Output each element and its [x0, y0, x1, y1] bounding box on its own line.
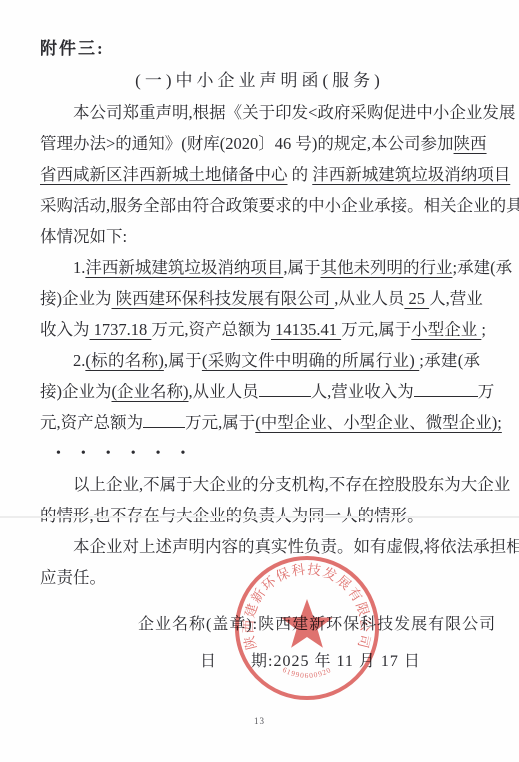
body-line: 省西咸新区沣西新城土地储备中心 的 沣西新城建筑垃圾消纳项目 — [40, 159, 480, 190]
blank-fill-field — [143, 412, 185, 428]
date-value: 2025 年 11 月 17 日 — [273, 653, 420, 670]
body-text: 元,资产总额为 — [40, 413, 143, 432]
body-text: 管理办法>的通知》(财库(2020〕46 号)的规定,本公司参加 — [40, 134, 454, 153]
filled-field-text: (采购文件中明确的所属行业) — [202, 351, 419, 370]
body-text: ;承建(承 — [419, 351, 480, 370]
body-line: 2.(标的名称),属于(采购文件中明确的所属行业) ;承建(承 — [40, 345, 480, 376]
body-text: ; — [481, 320, 486, 339]
body-text: 万元,属于 — [341, 320, 411, 339]
body-line: 以上企业,不属于大企业的分支机构,不存在控股股东为大企业 — [40, 469, 480, 500]
body-line: 元,资产总额为万元,属于(中型企业、小型企业、微型企业); — [40, 407, 480, 438]
body-text: •••••• — [56, 446, 205, 461]
filled-field-text: 1737.18 — [90, 320, 152, 339]
date-label: 日 期: — [200, 653, 273, 670]
body-text: 接)企业为 — [40, 382, 112, 401]
body-text: 2. — [73, 351, 85, 370]
scan-artifact-line — [0, 516, 519, 518]
body-text: 人,营业收入为 — [311, 382, 414, 401]
body-text: ,属于 — [283, 258, 320, 277]
body-line: 本企业对上述声明内容的真实性负责。如有虚假,将依法承担相 — [40, 531, 480, 562]
body-line: 接)企业为 陕西建环保科技发展有限公司 ,从业人员 25 人,营业 — [40, 283, 480, 314]
filled-field-text: 陕西建环保科技发展有限公司 — [112, 289, 335, 308]
body-line: 应责任。 — [40, 562, 480, 593]
company-name-line: 企业名称(盖章):陕西建新环保科技发展有限公司 — [138, 606, 496, 643]
filled-field-text: (中型企业、小型企业、微型企业); — [255, 413, 502, 432]
filled-field-text: 陕西 — [454, 134, 487, 153]
body-text: 以上企业,不属于大企业的分支机构,不存在控股股东为大企业 — [73, 475, 510, 494]
body-text: ,从业人员 — [334, 289, 404, 308]
body-line: 1.沣西新城建筑垃圾消纳项目,属于其他未列明的行业;承建(承 — [40, 252, 480, 283]
filled-field-text: (标的名称) — [85, 351, 164, 370]
body-line: 接)企业为(企业名称),从业人员人,营业收入为万 — [40, 376, 480, 407]
body-line: 采购活动,服务全部由符合政策要求的中小企业承接。相关企业的具 — [40, 190, 480, 221]
attachment-label: 附件三: — [40, 34, 105, 59]
body-text: ,属于 — [164, 351, 202, 370]
signature-block: 企业名称(盖章):陕西建新环保科技发展有限公司 日 期:2025 年 11 月 … — [138, 606, 496, 680]
body-text: 本企业对上述声明内容的真实性负责。如有虚假,将依法承担相 — [73, 537, 519, 556]
document-page: 附件三: (一)中小企业声明函(服务) 本公司郑重声明,根据《关于印发<政府采购… — [0, 0, 519, 762]
body-text: 的 — [288, 165, 313, 184]
filled-field-text: 14135.41 — [271, 320, 341, 339]
date-line: 日 期:2025 年 11 月 17 日 — [138, 643, 496, 680]
body-text: 采购活动,服务全部由符合政策要求的中小企业承接。相关企业的具 — [40, 196, 519, 215]
body-text: 本公司郑重声明,根据《关于印发<政府采购促进中小企业发展 — [73, 103, 515, 122]
body-text: 1. — [73, 258, 85, 277]
filled-field-text: (企业名称) — [112, 382, 189, 401]
body-text: 人,营业 — [429, 289, 483, 308]
body-text: 万元,属于 — [185, 413, 255, 432]
filled-field-text: 沣西新城建筑垃圾消纳项目 — [312, 165, 510, 184]
body-text: 体情况如下: — [40, 227, 127, 246]
filled-field-text: 小型企业 — [411, 320, 481, 339]
filled-field-text: 25 — [404, 289, 429, 308]
body-text: 接)企业为 — [40, 289, 112, 308]
body-text: 收入为 — [40, 320, 90, 339]
body-line: 收入为 1737.18 万元,资产总额为 14135.41 万元,属于小型企业 … — [40, 314, 480, 345]
body-line: •••••• — [40, 438, 480, 469]
company-name: 陕西建新环保科技发展有限公司 — [258, 616, 496, 633]
body-text: 应责任。 — [40, 568, 106, 587]
blank-fill-field — [259, 381, 311, 397]
company-label: 企业名称(盖章): — [138, 616, 258, 633]
body-line: 管理办法>的通知》(财库(2020〕46 号)的规定,本公司参加陕西 — [40, 128, 480, 159]
body-line: 体情况如下: — [40, 221, 480, 252]
blank-fill-field — [414, 381, 478, 397]
body-text: 万 — [478, 382, 495, 401]
body-text: ,从业人员 — [189, 382, 259, 401]
page-number: 13 — [0, 716, 519, 726]
document-title: (一)中小企业声明函(服务) — [0, 66, 519, 91]
filled-field-text: 沣西新城建筑垃圾消纳项目 — [85, 258, 283, 277]
body-line: 本公司郑重声明,根据《关于印发<政府采购促进中小企业发展 — [40, 97, 480, 128]
filled-field-text: 其他未列明的行业 — [321, 258, 453, 277]
document-body: 本公司郑重声明,根据《关于印发<政府采购促进中小企业发展管理办法>的通知》(财库… — [40, 97, 480, 593]
filled-field-text: 省西咸新区沣西新城土地储备中心 — [40, 165, 288, 184]
body-text: 万元,资产总额为 — [151, 320, 271, 339]
body-text: ;承建(承 — [453, 258, 513, 277]
